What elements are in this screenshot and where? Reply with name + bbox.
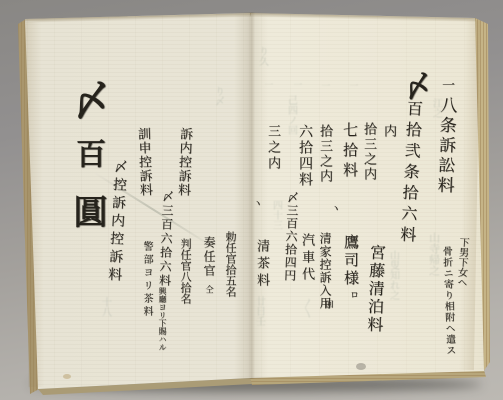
item-marker: 一: [440, 78, 453, 91]
bleedthrough-text: 四十三: [270, 200, 282, 230]
calligraphy-column: 訓申控訴料: [136, 127, 151, 197]
calligraphy-column: 六拾四料: [298, 124, 312, 188]
bleedthrough-text: 十八: [99, 297, 111, 317]
calligraphy-column: 拾三之内: [362, 122, 375, 182]
book-gutter-shadow: [234, 12, 268, 379]
bleedthrough-text: 〳〵: [300, 298, 312, 318]
bleedthrough-text: 一: [319, 81, 329, 90]
tick-mark: ヽ: [330, 202, 341, 213]
shime-mark: 〆: [400, 70, 432, 102]
calligraphy-column: 警部ヨリ茶料: [141, 241, 151, 319]
calligraphy-column: 清家控訴入用: [319, 232, 331, 310]
calligraphy-column: 〆三百六拾六料: [158, 190, 173, 288]
calligraphy-column: 〆控訴内控訴料: [107, 159, 128, 286]
bleedthrough-text: り〆: [212, 86, 224, 106]
calligraphy-column: 奏任官: [203, 236, 215, 278]
calligraphy-column: 七拾料: [342, 122, 357, 182]
photo-background: り〆 十八 訴内控訴料 訓申控訴料 〆控訴内控訴料 〆三百六拾六料 勅任官拾五名…: [0, 0, 503, 400]
calligraphy-column: 鷹司様: [343, 234, 358, 288]
book: り〆 十八 訴内控訴料 訓申控訴料 〆控訴内控訴料 〆三百六拾六料 勅任官拾五名…: [0, 0, 503, 400]
ditto-mark: 仝: [205, 285, 213, 293]
calligraphy-column: 宮藤清泊料: [365, 244, 384, 335]
calligraphy-column: 汽車代: [300, 233, 313, 284]
calligraphy-column: 訴内控訴料: [176, 127, 191, 197]
fore-edge-shade-left: [25, 22, 44, 387]
bleedthrough-text: 己四ノ回: [285, 95, 297, 135]
uchi-label: 内: [382, 124, 395, 137]
calligraphy-column: 八条訴訟料: [434, 96, 454, 197]
bleedthrough-text: 山叟知れ之: [387, 250, 399, 300]
calligraphy-column: 拾三之内: [318, 124, 331, 184]
paper-stain: [63, 374, 71, 379]
bleedthrough-text: 一: [347, 81, 357, 90]
annotation-column: 骨折ニ寄り相附ヘ遣ス: [440, 246, 454, 356]
calligraphy-column: 百拾弐条拾六料: [398, 100, 422, 248]
calligraphy-column: 〆三百六拾四円: [283, 191, 298, 282]
bleedthrough-text: 一: [291, 80, 301, 89]
total-amount-en: 圓: [70, 194, 104, 228]
small-ro-mark: ロ: [348, 290, 357, 299]
total-amount-hyaku: 百: [72, 138, 102, 168]
calligraphy-column: 興廳ヨリ下賜ハル: [158, 287, 166, 351]
total-shime-mark: 〆: [66, 78, 110, 122]
paper-stain: [356, 363, 366, 370]
small-kai-mark: 回: [325, 300, 333, 308]
bleedthrough-text: 山寺帰之: [427, 232, 440, 276]
calligraphy-column: 判任官八拾名: [180, 238, 191, 304]
